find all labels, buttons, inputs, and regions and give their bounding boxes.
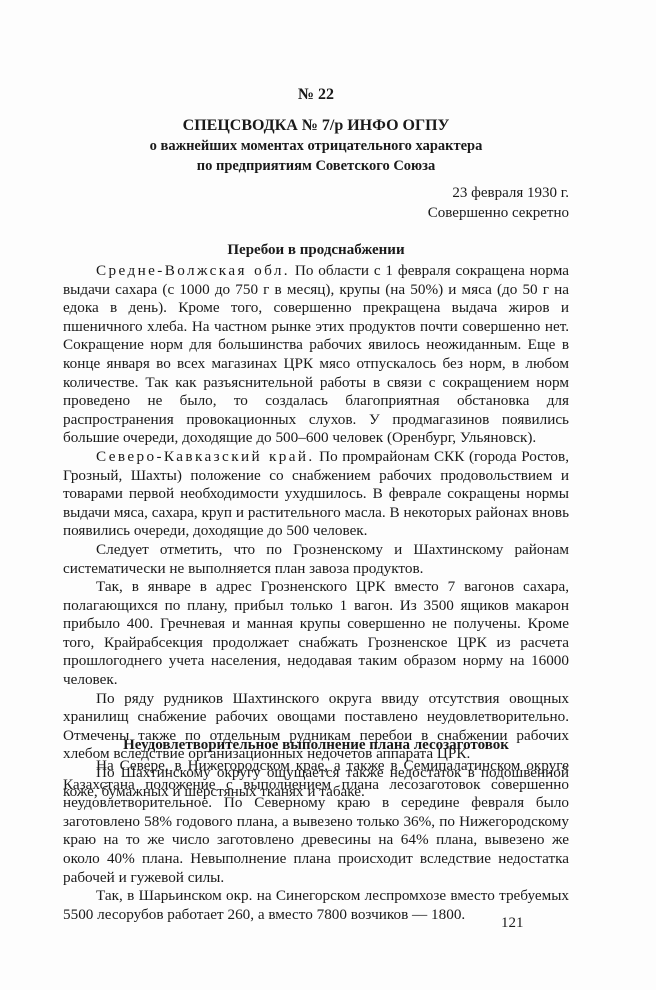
document-subtitle: о важнейших моментах отрицательного хара…	[63, 136, 569, 176]
section-food-supply: Перебои в продснабжении Средне-Волжская …	[63, 240, 569, 801]
paragraph: Средне-Волжская обл. По области с 1 февр…	[63, 262, 569, 448]
document-date: 23 февраля 1930 г.	[428, 183, 569, 203]
section-heading: Неудовлетворительное выполнение плана ле…	[63, 735, 569, 755]
region-lead: Северо-Кавказский край.	[96, 448, 315, 465]
paragraph: Так, в январе в адрес Грозненского ЦРК в…	[63, 578, 569, 690]
paragraph: Так, в Шарьинском окр. на Синегорском ле…	[63, 887, 569, 924]
document-title: СПЕЦСВОДКА № 7/р ИНФО ОГПУ	[63, 117, 569, 135]
subtitle-line-2: по предприятиям Советского Союза	[63, 156, 569, 176]
paragraph: На Севере, в Нижегородском крае, а также…	[63, 757, 569, 887]
document-number: № 22	[63, 86, 569, 104]
section-logging: Неудовлетворительное выполнение плана ле…	[63, 735, 569, 924]
paragraph: Следует отметить, что по Грозненскому и …	[63, 541, 569, 578]
section-heading: Перебои в продснабжении	[63, 240, 569, 260]
region-lead: Средне-Волжская обл.	[96, 262, 290, 279]
date-block: 23 февраля 1930 г. Совершенно секретно	[428, 183, 569, 223]
classification-label: Совершенно секретно	[428, 203, 569, 223]
page-number: 121	[501, 915, 524, 932]
paragraph: Северо-Кавказский край. По промрайонам С…	[63, 448, 569, 541]
subtitle-line-1: о важнейших моментах отрицательного хара…	[63, 136, 569, 156]
